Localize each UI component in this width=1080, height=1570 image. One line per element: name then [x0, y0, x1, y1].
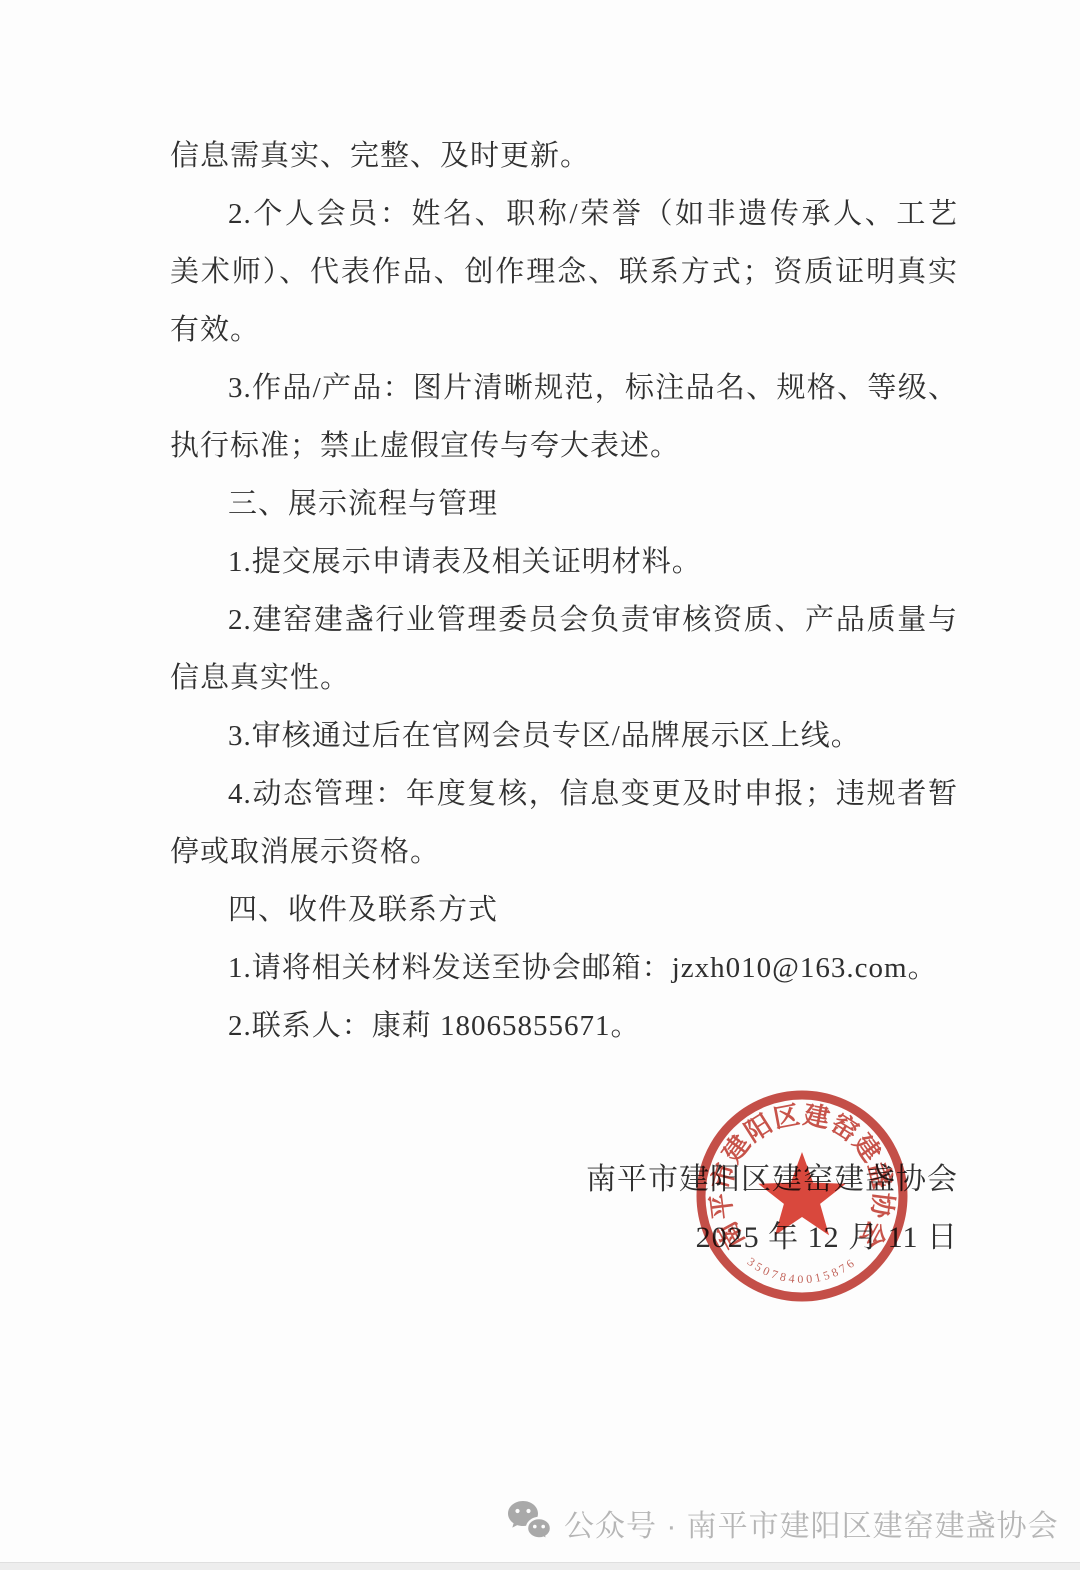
wechat-icon: [506, 1499, 552, 1547]
document-line: 2.联系人：康莉 18065855671。: [170, 997, 958, 1055]
document-line: 三、展示流程与管理: [170, 475, 958, 533]
footer-public-account: 公众号 · 南平市建阳区建窑建盏协会: [506, 1496, 1059, 1550]
document-line: 3.作品/产品：图片清晰规范，标注品名、规格、等级、: [170, 359, 958, 417]
document-line: 有效。: [170, 301, 958, 359]
document-line: 信息需真实、完整、及时更新。: [170, 127, 958, 185]
document-page: 信息需真实、完整、及时更新。2.个人会员：姓名、职称/荣誉（如非遗传承人、工艺美…: [0, 0, 1080, 1570]
document-line: 2.个人会员：姓名、职称/荣誉（如非遗传承人、工艺: [170, 185, 958, 243]
document-line: 2.建窑建盏行业管理委员会负责审核资质、产品质量与: [170, 591, 958, 649]
star-icon: [758, 1152, 845, 1235]
document-line: 四、收件及联系方式: [170, 881, 958, 939]
document-line: 1.提交展示申请表及相关证明材料。: [170, 533, 958, 591]
document-body: 信息需真实、完整、及时更新。2.个人会员：姓名、职称/荣誉（如非遗传承人、工艺美…: [170, 127, 958, 1055]
document-line: 执行标准；禁止虚假宣传与夸大表述。: [170, 417, 958, 475]
official-seal-stamp: 南平市建阳区建窑建盏协会 3507840015876: [687, 1081, 917, 1311]
document-line: 停或取消展示资格。: [170, 823, 958, 881]
document-line: 信息真实性。: [170, 649, 958, 707]
document-line: 3.审核通过后在官网会员专区/品牌展示区上线。: [170, 707, 958, 765]
document-line: 4.动态管理：年度复核，信息变更及时申报；违规者暂: [170, 765, 958, 823]
document-line: 美术师）、代表作品、创作理念、联系方式；资质证明真实: [170, 243, 958, 301]
document-line: 1.请将相关材料发送至协会邮箱：jzxh010@163.com。: [170, 939, 958, 997]
seal-serial-number: 3507840015876: [745, 1254, 859, 1286]
bottom-divider: [0, 1562, 1080, 1570]
footer-account-label[interactable]: 公众号 · 南平市建阳区建窑建盏协会: [564, 1501, 1059, 1545]
